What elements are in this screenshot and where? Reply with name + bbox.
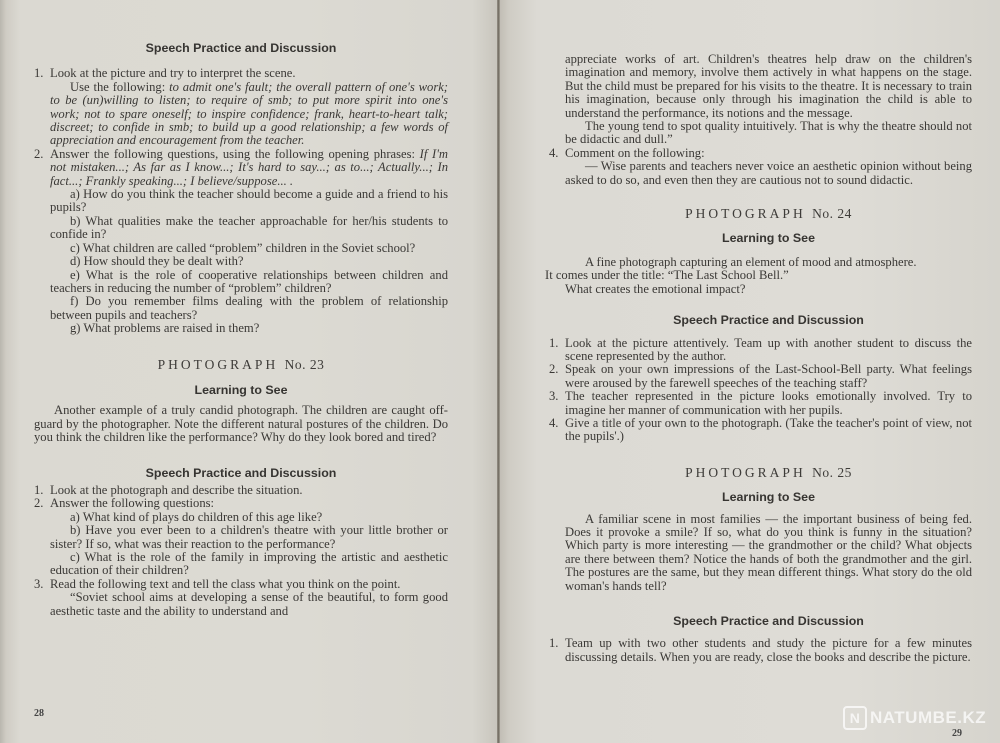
- left-page: Speech Practice and Discussion 1. Look a…: [0, 0, 497, 743]
- watermark: N NATUMBE.KZ: [843, 706, 986, 730]
- item-number: 2.: [34, 148, 50, 188]
- photograph-title: PHOTOGRAPH No. 23: [34, 358, 448, 371]
- exercise-item: 1. Look at the picture attentively. Team…: [549, 337, 972, 364]
- exercise-item: 2. Answer the following questions, using…: [34, 148, 448, 188]
- comment-text: — Wise parents and teachers never voice …: [565, 160, 972, 187]
- watermark-text: NATUMBE.KZ: [870, 708, 986, 728]
- exercise-item: 2. Speak on your own impressions of the …: [549, 363, 972, 390]
- quote-text: “Soviet school aims at developing a sens…: [50, 591, 448, 618]
- learning-text: It comes under the title: “The Last Scho…: [545, 269, 972, 282]
- learning-text: Another example of a truly candid photog…: [34, 404, 448, 444]
- question: a) How do you think the teacher should b…: [50, 188, 448, 215]
- section-heading: Speech Practice and Discussion: [565, 615, 972, 628]
- section-heading: Speech Practice and Discussion: [565, 314, 972, 327]
- question: g) What problems are raised in them?: [50, 322, 448, 335]
- learning-heading: Learning to See: [565, 232, 972, 245]
- question-list: a) What kind of plays do children of thi…: [34, 511, 448, 578]
- question: f) Do you remember films dealing with th…: [50, 295, 448, 322]
- exercise-item: 2. Answer the following questions:: [34, 497, 448, 510]
- right-page-content: appreciate works of art. Children's thea…: [565, 53, 972, 664]
- item-text: Answer the following questions, using th…: [50, 148, 448, 188]
- section-heading: Speech Practice and Discussion: [34, 42, 448, 55]
- learning-text: A fine photograph capturing an element o…: [565, 256, 972, 269]
- right-page: appreciate works of art. Children's thea…: [497, 0, 1000, 743]
- item-text: Look at the picture and try to interpret…: [50, 67, 448, 147]
- left-page-content: Speech Practice and Discussion 1. Look a…: [34, 42, 448, 618]
- page-number: 28: [34, 708, 44, 719]
- exercise-item: 1. Look at the picture and try to interp…: [34, 67, 448, 147]
- learning-text: A familiar scene in most families — the …: [565, 513, 972, 593]
- question: b) What qualities make the teacher appro…: [50, 215, 448, 242]
- question: a) What kind of plays do children of thi…: [50, 511, 448, 524]
- question: d) How should they be dealt with?: [50, 255, 448, 268]
- exercise-item: 1. Team up with two other students and s…: [549, 637, 972, 664]
- exercise-item: 3. The teacher represented in the pictur…: [549, 390, 972, 417]
- book-spread: Speech Practice and Discussion 1. Look a…: [0, 0, 1000, 743]
- exercise-item: 3. Read the following text and tell the …: [34, 578, 448, 591]
- question: c) What children are called “problem” ch…: [50, 242, 448, 255]
- quote-continuation: appreciate works of art. Children's thea…: [565, 53, 972, 120]
- watermark-logo-icon: N: [843, 706, 867, 730]
- question: e) What is the role of cooperative relat…: [50, 269, 448, 296]
- quote-end: The young tend to spot quality intuitive…: [565, 120, 972, 147]
- item-number: 1.: [34, 67, 50, 147]
- learning-heading: Learning to See: [34, 384, 448, 397]
- exercise-item: 4. Comment on the following:: [549, 147, 972, 160]
- photograph-title: PHOTOGRAPH No. 24: [565, 207, 972, 220]
- exercise-item: 1. Look at the photograph and describe t…: [34, 484, 448, 497]
- exercise-item: 4. Give a title of your own to the photo…: [549, 417, 972, 444]
- photograph-title: PHOTOGRAPH No. 25: [565, 466, 972, 479]
- question: b) Have you ever been to a children's th…: [50, 524, 448, 551]
- question-list: a) How do you think the teacher should b…: [34, 188, 448, 335]
- question: c) What is the role of the family in imp…: [50, 551, 448, 578]
- book-spine: [497, 0, 500, 743]
- section-heading: Speech Practice and Discussion: [34, 467, 448, 480]
- learning-heading: Learning to See: [565, 491, 972, 504]
- learning-text: What creates the emotional impact?: [565, 283, 972, 296]
